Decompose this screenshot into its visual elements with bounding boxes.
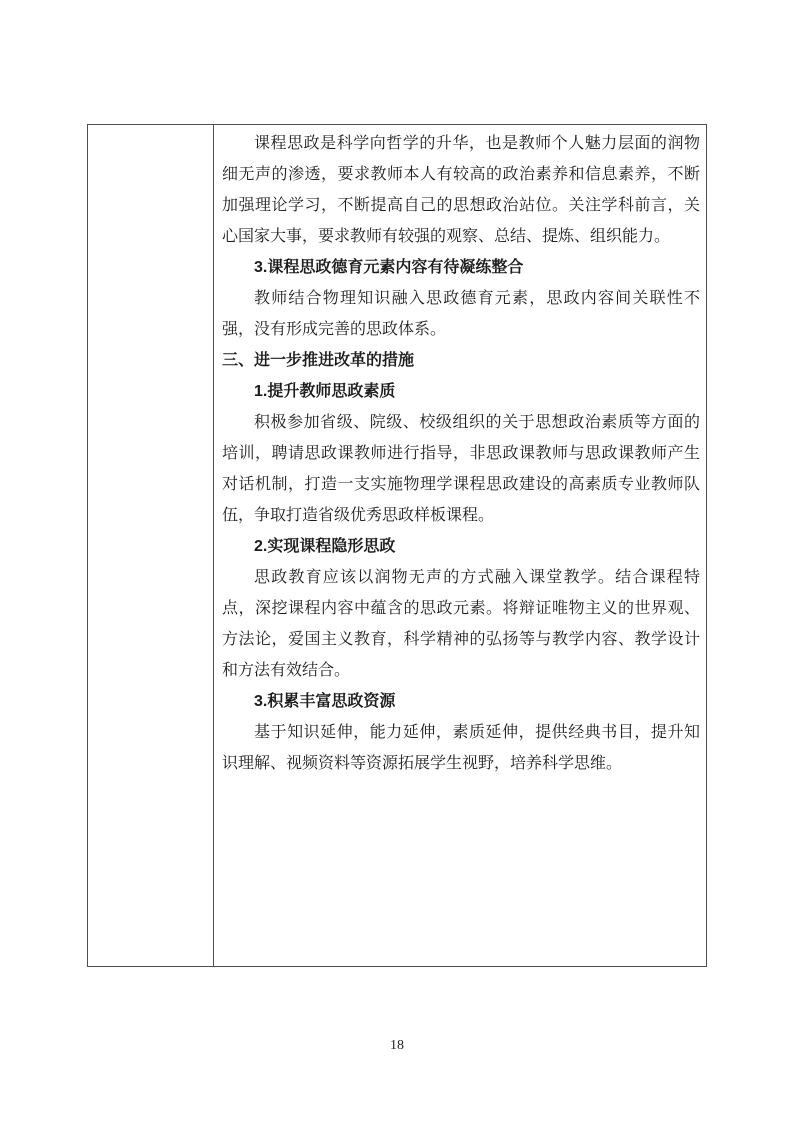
content-table: 课程思政是科学向哲学的升华，也是教师个人魅力层面的润物细无声的渗透，要求教师本人… bbox=[87, 124, 707, 967]
heading-measure-2-invisible-ideology: 2.实现课程隐形思政 bbox=[222, 531, 700, 562]
table-cell-content: 课程思政是科学向哲学的升华，也是教师个人魅力层面的润物细无声的渗透，要求教师本人… bbox=[214, 125, 706, 966]
paragraph-problem-3-body: 教师结合物理知识融入思政德育元素，思政内容间关联性不强，没有形成完善的思政体系。 bbox=[222, 283, 700, 345]
paragraph-measure-3-body: 基于知识延伸，能力延伸，素质延伸，提供经典书目，提升知识理解、视频资料等资源拓展… bbox=[222, 717, 700, 779]
heading-measure-3-resources: 3.积累丰富思政资源 bbox=[222, 686, 700, 717]
heading-measure-1-teacher-quality: 1.提升教师思政素质 bbox=[222, 376, 700, 407]
paragraph-measure-2-body: 思政教育应该以润物无声的方式融入课堂教学。结合课程特点，深挖课程内容中蕴含的思政… bbox=[222, 562, 700, 686]
document-page: 课程思政是科学向哲学的升华，也是教师个人魅力层面的润物细无声的渗透，要求教师本人… bbox=[0, 0, 794, 1123]
heading-problem-3-moral-elements: 3.课程思政德育元素内容有待凝练整合 bbox=[222, 252, 700, 283]
heading-section-3-reform-measures: 三、进一步推进改革的措施 bbox=[222, 345, 700, 376]
table-cell-left-empty bbox=[88, 125, 214, 966]
paragraph-measure-1-body: 积极参加省级、院级、校级组织的关于思想政治素质等方面的培训，聘请思政课教师进行指… bbox=[222, 407, 700, 531]
paragraph-curriculum-ideology-intro: 课程思政是科学向哲学的升华，也是教师个人魅力层面的润物细无声的渗透，要求教师本人… bbox=[222, 128, 700, 252]
page-number: 18 bbox=[0, 1038, 794, 1054]
